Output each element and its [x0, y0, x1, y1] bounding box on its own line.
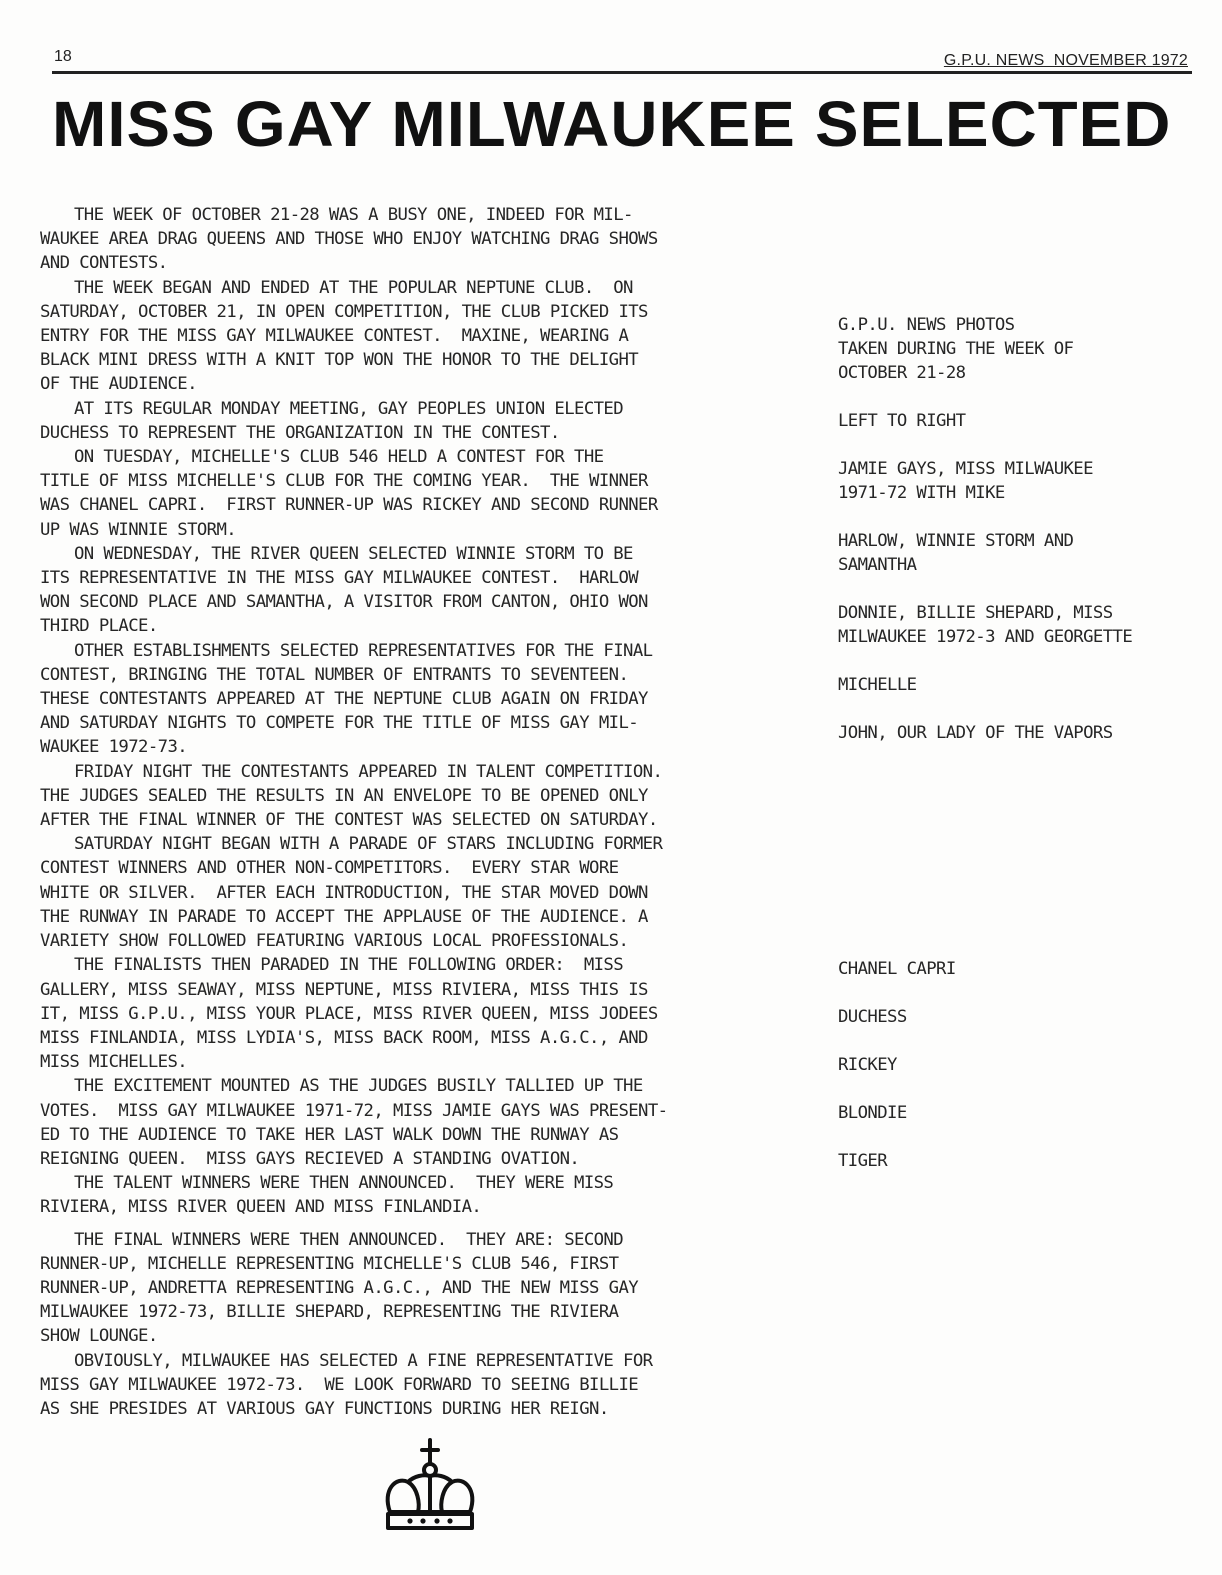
article-paragraph: OTHER ESTABLISHMENTS SELECTED REPRESENTA… — [40, 639, 820, 760]
contestant-name: CHANEL CAPRI — [838, 957, 1222, 981]
article-paragraph: SATURDAY NIGHT BEGAN WITH A PARADE OF ST… — [40, 832, 820, 953]
running-header: 18 G.P.U. NEWS NOVEMBER 1972 — [52, 48, 1192, 70]
photo-caption: DONNIE, BILLIE SHEPARD, MISS MILWAUKEE 1… — [838, 601, 1222, 649]
photo-caption: JOHN, OUR LADY OF THE VAPORS — [838, 721, 1222, 745]
crown-icon — [380, 1438, 480, 1533]
photo-credit: G.P.U. NEWS PHOTOS TAKEN DURING THE WEEK… — [838, 313, 1222, 385]
article-paragraph: ON WEDNESDAY, THE RIVER QUEEN SELECTED W… — [40, 542, 820, 639]
article-paragraph: ON TUESDAY, MICHELLE'S CLUB 546 HELD A C… — [40, 445, 820, 542]
caption-direction: LEFT TO RIGHT — [838, 409, 1222, 433]
contestant-name: TIGER — [838, 1149, 1222, 1173]
photo-caption: HARLOW, WINNIE STORM AND SAMANTHA — [838, 529, 1222, 577]
newsletter-page: 18 G.P.U. NEWS NOVEMBER 1972 MISS GAY MI… — [0, 0, 1222, 1575]
header-rule — [52, 71, 1192, 74]
article-paragraph: THE FINALISTS THEN PARADED IN THE FOLLOW… — [40, 953, 820, 1074]
article-paragraph: THE TALENT WINNERS WERE THEN ANNOUNCED. … — [40, 1171, 820, 1219]
contestant-name: RICKEY — [838, 1053, 1222, 1077]
contestant-name: DUCHESS — [838, 1005, 1222, 1029]
page-number: 18 — [54, 48, 72, 66]
photo-captions: G.P.U. NEWS PHOTOS TAKEN DURING THE WEEK… — [838, 313, 1222, 769]
photo-caption: JAMIE GAYS, MISS MILWAUKEE 1971-72 WITH … — [838, 457, 1222, 505]
article-paragraph: AT ITS REGULAR MONDAY MEETING, GAY PEOPL… — [40, 397, 820, 445]
article-paragraph: OBVIOUSLY, MILWAUKEE HAS SELECTED A FINE… — [40, 1349, 820, 1422]
article-paragraph: THE FINAL WINNERS WERE THEN ANNOUNCED. T… — [40, 1228, 820, 1349]
photo-caption: MICHELLE — [838, 673, 1222, 697]
contestant-names: CHANEL CAPRI DUCHESS RICKEY BLONDIE TIGE… — [838, 957, 1222, 1197]
publication-date: G.P.U. NEWS NOVEMBER 1972 — [944, 52, 1188, 70]
headline: MISS GAY MILWAUKEE SELECTED — [52, 82, 1205, 166]
article-paragraph: THE WEEK BEGAN AND ENDED AT THE POPULAR … — [40, 276, 820, 397]
article-paragraph: FRIDAY NIGHT THE CONTESTANTS APPEARED IN… — [40, 760, 820, 833]
article-paragraph: THE WEEK OF OCTOBER 21-28 WAS A BUSY ONE… — [40, 203, 820, 276]
article-body: THE WEEK OF OCTOBER 21-28 WAS A BUSY ONE… — [40, 203, 820, 1421]
contestant-name: BLONDIE — [838, 1101, 1222, 1125]
article-paragraph: THE EXCITEMENT MOUNTED AS THE JUDGES BUS… — [40, 1074, 820, 1171]
